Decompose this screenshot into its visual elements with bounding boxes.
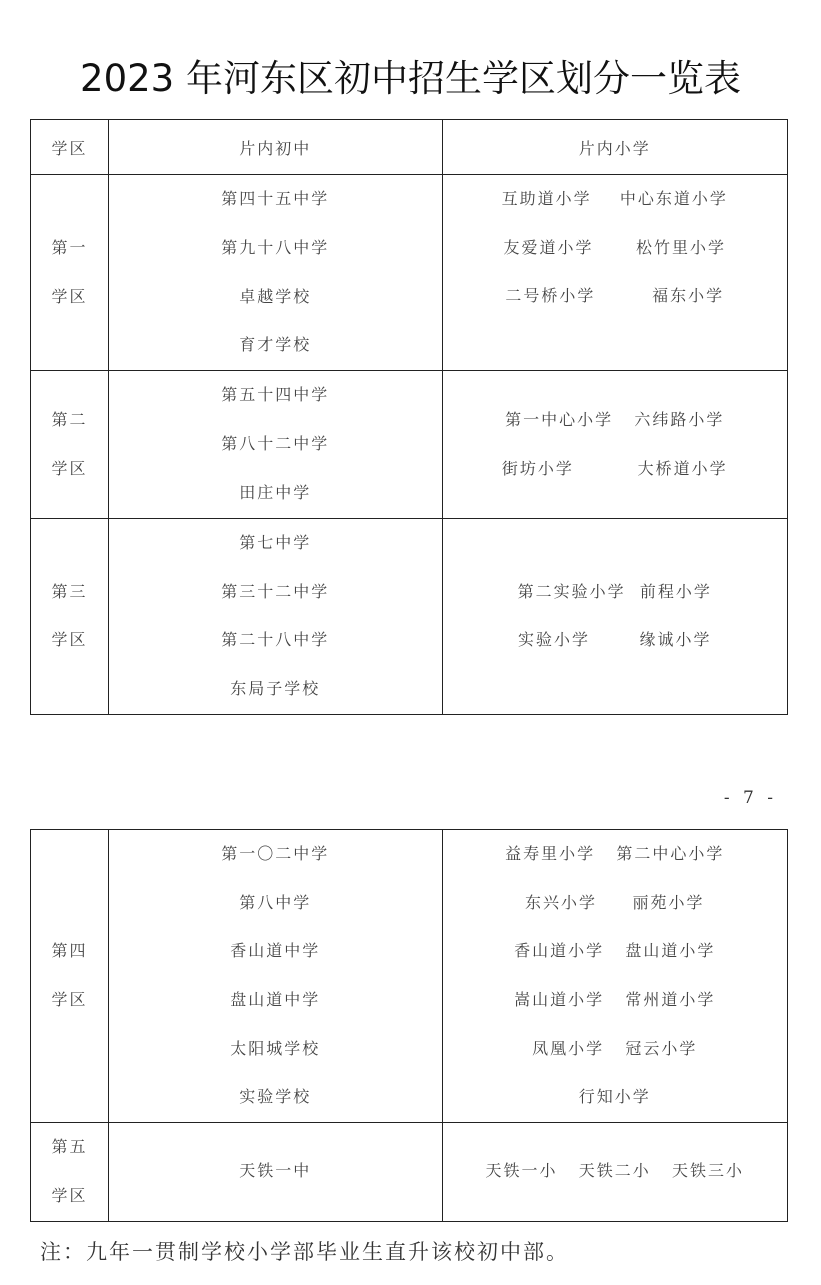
middle-school: 香山道中学 bbox=[109, 927, 441, 976]
primary-school-line: 东兴小学 丽苑小学 bbox=[443, 879, 787, 928]
page-number: - 7 - bbox=[724, 788, 777, 808]
primary-school-line: 第二实验小学 前程小学 bbox=[443, 568, 787, 617]
footnote: 注：九年一贯制学校小学部毕业生直升该校初中部。 bbox=[40, 1236, 569, 1266]
middle-school: 天铁一中 bbox=[109, 1147, 441, 1196]
district-cell: 第四 学区 bbox=[31, 830, 109, 1123]
primary-school-line: 二号桥小学 福东小学 bbox=[443, 272, 787, 321]
district-cell: 第五 学区 bbox=[31, 1123, 109, 1221]
table-row-district-4: 第四 学区 第一〇二中学 第八中学 香山道中学 盘山道中学 太阳城学校 实验学校… bbox=[31, 830, 788, 1123]
primary-school-line: 凤凰小学 冠云小学 bbox=[443, 1025, 787, 1074]
middle-schools-cell: 第五十四中学 第八十二中学 田庄中学 bbox=[109, 371, 442, 519]
middle-school: 盘山道中学 bbox=[109, 976, 441, 1025]
district-table-part1: 学区 片内初中 片内小学 第一 学区 第四十五中学 第九十八中学 卓越学校 育才… bbox=[30, 119, 788, 715]
primary-school-line: 天铁一小 天铁二小 天铁三小 bbox=[443, 1147, 787, 1196]
table-row-district-3: 第三 学区 第七中学 第三十二中学 第二十八中学 东局子学校 第二实验小学 前程… bbox=[31, 519, 788, 715]
header-district: 学区 bbox=[31, 120, 109, 175]
primary-school-line: 嵩山道小学 常州道小学 bbox=[443, 976, 787, 1025]
middle-school: 卓越学校 bbox=[109, 273, 441, 322]
primary-school-line: 互助道小学 中心东道小学 bbox=[443, 175, 787, 224]
middle-school: 第五十四中学 bbox=[109, 371, 441, 420]
primary-school-line: 益寿里小学 第二中心小学 bbox=[443, 830, 787, 879]
district-cell: 第三 学区 bbox=[31, 519, 109, 715]
middle-schools-cell: 天铁一中 bbox=[109, 1123, 442, 1221]
middle-school: 第七中学 bbox=[109, 519, 441, 568]
middle-school: 太阳城学校 bbox=[109, 1025, 441, 1074]
middle-school: 第八中学 bbox=[109, 879, 441, 928]
middle-school: 第二十八中学 bbox=[109, 616, 441, 665]
table-row-district-5: 第五 学区 天铁一中 天铁一小 天铁二小 天铁三小 bbox=[31, 1123, 788, 1221]
middle-school: 东局子学校 bbox=[109, 665, 441, 714]
middle-school: 第一〇二中学 bbox=[109, 830, 441, 879]
middle-schools-cell: 第四十五中学 第九十八中学 卓越学校 育才学校 bbox=[109, 175, 442, 371]
table-row-district-2: 第二 学区 第五十四中学 第八十二中学 田庄中学 第一中心小学 六纬路小学 街坊… bbox=[31, 371, 788, 519]
header-primary-schools: 片内小学 bbox=[442, 120, 787, 175]
district-cell: 第二 学区 bbox=[31, 371, 109, 519]
middle-school: 育才学校 bbox=[109, 321, 441, 370]
primary-school-line: 街坊小学 大桥道小学 bbox=[443, 445, 787, 494]
district-table-part2: 第四 学区 第一〇二中学 第八中学 香山道中学 盘山道中学 太阳城学校 实验学校… bbox=[30, 829, 788, 1222]
primary-schools-cell: 第二实验小学 前程小学 实验小学 缘诚小学 bbox=[442, 519, 787, 715]
primary-schools-cell: 第一中心小学 六纬路小学 街坊小学 大桥道小学 bbox=[442, 371, 787, 519]
middle-school: 第九十八中学 bbox=[109, 224, 441, 273]
primary-school-line: 友爱道小学 松竹里小学 bbox=[443, 224, 787, 273]
middle-schools-cell: 第一〇二中学 第八中学 香山道中学 盘山道中学 太阳城学校 实验学校 bbox=[109, 830, 442, 1123]
middle-school: 第四十五中学 bbox=[109, 175, 441, 224]
middle-school: 实验学校 bbox=[109, 1073, 441, 1122]
district-cell: 第一 学区 bbox=[31, 175, 109, 371]
header-middle-schools: 片内初中 bbox=[109, 120, 442, 175]
primary-school-line: 实验小学 缘诚小学 bbox=[443, 616, 787, 665]
primary-schools-cell: 益寿里小学 第二中心小学 东兴小学 丽苑小学 香山道小学 盘山道小学 嵩山道小学… bbox=[442, 830, 787, 1123]
primary-school-line: 行知小学 bbox=[443, 1073, 787, 1122]
page-title: 2023 年河东区初中招生学区划分一览表 bbox=[0, 48, 821, 102]
middle-school: 田庄中学 bbox=[109, 469, 441, 518]
table-row-district-1: 第一 学区 第四十五中学 第九十八中学 卓越学校 育才学校 互助道小学 中心东道… bbox=[31, 175, 788, 371]
table-header-row: 学区 片内初中 片内小学 bbox=[31, 120, 788, 175]
middle-schools-cell: 第七中学 第三十二中学 第二十八中学 东局子学校 bbox=[109, 519, 442, 715]
primary-school-line: 香山道小学 盘山道小学 bbox=[443, 927, 787, 976]
primary-schools-cell: 互助道小学 中心东道小学 友爱道小学 松竹里小学 二号桥小学 福东小学 bbox=[442, 175, 787, 371]
primary-school-line: 第一中心小学 六纬路小学 bbox=[443, 396, 787, 445]
primary-schools-cell: 天铁一小 天铁二小 天铁三小 bbox=[442, 1123, 787, 1221]
middle-school: 第三十二中学 bbox=[109, 568, 441, 617]
middle-school: 第八十二中学 bbox=[109, 420, 441, 469]
